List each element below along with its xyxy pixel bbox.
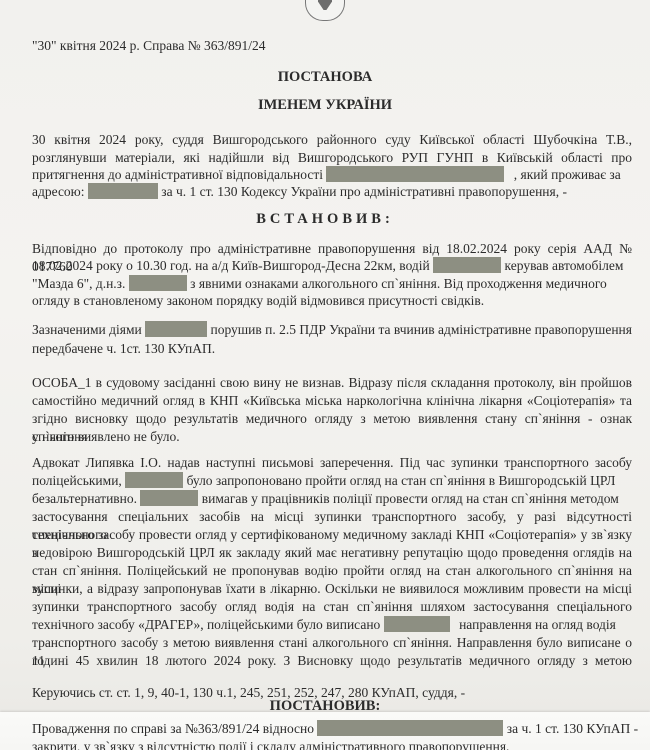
para1-line: огляду в становленому законом порядку во…: [32, 292, 484, 310]
redacted-name: [145, 321, 207, 337]
resolution-text: Провадження по справі за №363/891/24 від…: [32, 721, 314, 736]
redacted-name: [125, 472, 183, 488]
para1-line: "Мазда 6", д.н.з. з явними ознаками алко…: [32, 275, 607, 293]
para4-line: поліцейськими, було запропоновано пройти…: [32, 472, 615, 490]
para3-line: ОСОБА_1 в судовому засіданні свою вину н…: [32, 374, 632, 392]
para4-line: технічного засобу «ДРАГЕР», поліцейським…: [32, 616, 616, 634]
para-text: Зазначеними діями: [32, 322, 142, 337]
para2-line: Зазначеними діями порушив п. 2.5 ПДР Укр…: [32, 321, 632, 339]
redacted-plate: [129, 275, 187, 291]
intro-line: притягнення до адміністративної відповід…: [32, 166, 621, 184]
para4-line: Адвокат Липявка І.О. надав наступні пись…: [32, 454, 632, 472]
para-text: "Мазда 6", д.н.з.: [32, 276, 125, 291]
resolution-text: за ч. 1 ст. 130 КУпАП -: [507, 721, 638, 736]
date-case-number: "30" квітня 2024 р. Справа № 363/891/24: [32, 37, 265, 55]
intro-text: , який проживає за: [514, 167, 621, 182]
document-title: ПОСТАНОВА: [0, 68, 650, 86]
resolution-line: закрити, у зв`язку з відсутністю події і…: [32, 738, 509, 750]
para-text: безальтернативно.: [32, 491, 137, 506]
redacted-driver: [433, 257, 501, 273]
para-text: керував автомобілем: [505, 258, 624, 273]
para-text: порушив п. 2.5 ПДР України та вчинив адм…: [210, 322, 632, 337]
resolution-line: Провадження по справі за №363/891/24 від…: [32, 720, 638, 738]
para1-line: 18.02.2024 року о 10.30 год. на а/д Київ…: [32, 257, 623, 275]
para-text: направлення на огляд водія: [459, 617, 616, 632]
court-resolution-page: "30" квітня 2024 р. Справа № 363/891/24 …: [0, 0, 650, 750]
para3-line: у нього виявлено не було.: [32, 428, 180, 446]
intro-line: розглянувши матеріали, які надійшли від …: [32, 149, 632, 167]
intro-line: 30 квітня 2024 року, суддя Вишгородськог…: [32, 131, 632, 149]
intro-text: притягнення до адміністративної відповід…: [32, 167, 323, 182]
para4-line: безальтернативно. вимагав у працівників …: [32, 490, 619, 508]
para3-line: самостійно медичний огляд в КНП «Київськ…: [32, 392, 632, 410]
redacted-name: [384, 616, 450, 632]
section-resolved: ПОСТАНОВИВ:: [0, 697, 650, 715]
para2-line: передбачене ч. 1ст. 130 КУпАП.: [32, 340, 215, 358]
para-text: з явними ознаками алкогольного сп`яніння…: [190, 276, 607, 291]
section-established: ВСТАНОВИВ:: [0, 210, 650, 228]
coat-of-arms-emblem-icon: [305, 0, 345, 21]
document-subtitle: ІМЕНЕМ УКРАЇНИ: [0, 96, 650, 114]
para-text: вимагав у працівників поліції провести о…: [202, 491, 619, 506]
redacted-name: [326, 166, 504, 182]
intro-text: за ч. 1 ст. 130 Кодексу України про адмі…: [161, 184, 567, 199]
redacted-name: [317, 720, 503, 736]
para-text: поліцейськими,: [32, 473, 122, 488]
para4-line: недовірою Вишгородській ЦРЛ як закладу я…: [32, 544, 632, 562]
intro-text: адресою:: [32, 184, 85, 199]
para-text: технічного засобу «ДРАГЕР», поліцейським…: [32, 617, 380, 632]
para4-line: зупинки транспортного засобу огляд водія…: [32, 598, 632, 616]
redacted-name: [140, 490, 198, 506]
para4-line: годині 45 хвилин 18 лютого 2024 року. З …: [32, 652, 632, 670]
redacted-address: [88, 183, 158, 199]
para4-line: зупинки, а відразу запропонував їхати в …: [32, 580, 632, 598]
intro-line: адресою: за ч. 1 ст. 130 Кодексу України…: [32, 183, 567, 201]
para-text: 18.02.2024 року о 10.30 год. на а/д Київ…: [32, 258, 430, 273]
para-text: було запропоновано пройти огляд на стан …: [187, 473, 616, 488]
